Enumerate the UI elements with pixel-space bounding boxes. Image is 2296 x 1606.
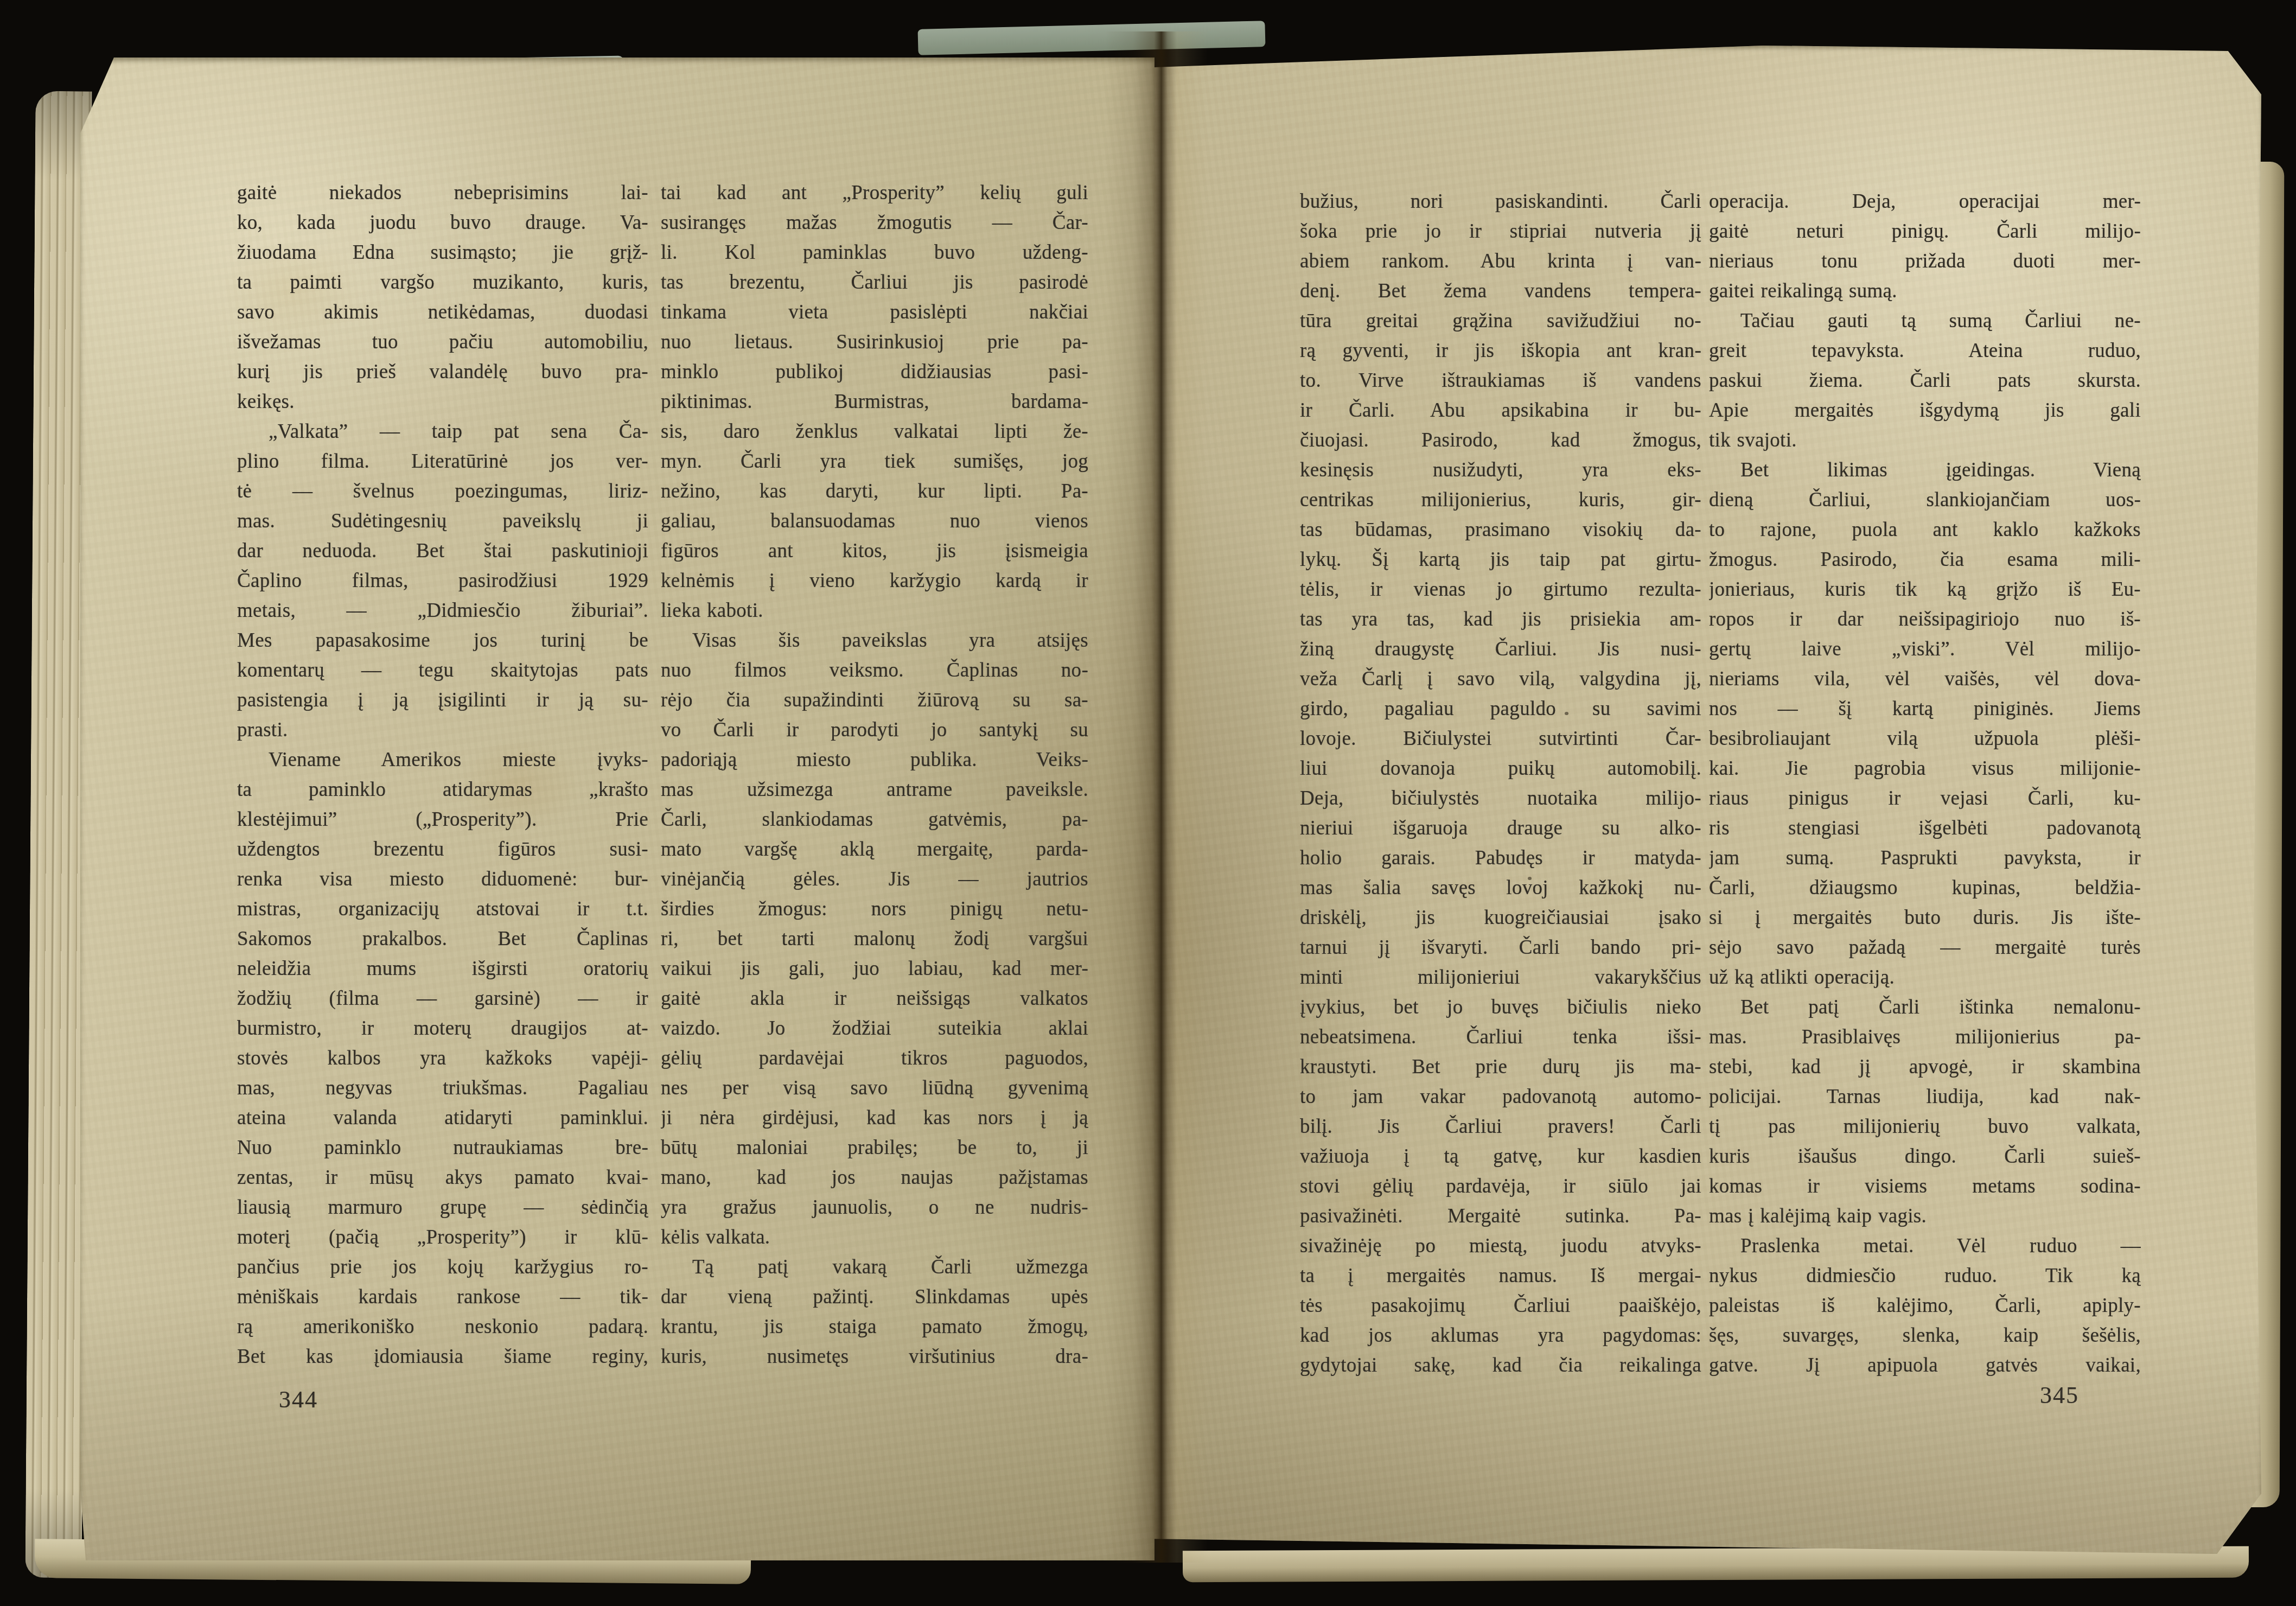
text-line: kesinęsis nusižudyti, yra eks-: [1300, 455, 1701, 485]
text-line: lieka kaboti.: [661, 596, 1088, 626]
text-line: moterį (pačią „Prosperity”) ir klū-: [237, 1222, 648, 1252]
text-line: nes per visą savo liūdną gyvenimą: [661, 1073, 1088, 1103]
text-line: ris stengiasi išgelbėti padovanotą: [1709, 813, 2141, 843]
text-line: galiau, balansuodamas nuo vienos: [661, 506, 1088, 536]
text-line: ji nėra girdėjusi, kad kas nors į ją: [661, 1103, 1088, 1133]
text-line: neleidžia mums išgirsti oratorių: [237, 954, 648, 984]
text-line: stebi, kad jį apvogė, ir skambina: [1709, 1052, 2141, 1082]
text-line: kelnėmis į vieno karžygio kardą ir: [661, 566, 1088, 596]
text-line: kuris, nusimetęs viršutinius dra-: [661, 1342, 1088, 1372]
text-line: Čarli, slankiodamas gatvėmis, pa-: [661, 805, 1088, 834]
text-line: nebeatsimena. Čarliui tenka išsi-: [1300, 1022, 1701, 1052]
text-line: Apie mergaitės išgydymą jis gali: [1709, 396, 2141, 425]
text-line: Sakomos prakalbos. Bet Čaplinas: [237, 924, 648, 954]
text-line: tį pas milijonierių buvo valkata,: [1709, 1112, 2141, 1142]
text-line: to jam vakar padovanotą automo-: [1300, 1082, 1701, 1112]
text-line: gaitė neturi pinigų. Čarli milijo-: [1709, 216, 2141, 246]
text-line: mano, kad jos naujas pažįstamas: [661, 1163, 1088, 1193]
text-line: kurį jis prieš valandėlę buvo pra-: [237, 357, 648, 387]
text-line: vinėjančią gėles. Jis — jautrios: [661, 864, 1088, 894]
text-line: tai kad ant „Prosperity” kelių guli: [661, 178, 1088, 208]
left-page-number: 344: [279, 1386, 318, 1413]
text-line: tas yra tas, kad jis prisiekia am-: [1300, 604, 1701, 634]
text-line: komentarų — tegu skaitytojas pats: [237, 655, 648, 685]
text-line: kėlis valkata.: [661, 1222, 1088, 1252]
text-line: ropos ir dar neišsipagiriojo nuo iš-: [1709, 604, 2141, 634]
text-line: Nuo paminklo nutraukiamas bre-: [237, 1133, 648, 1163]
text-line: besibroliaujant vilą užpuola plėši-: [1709, 724, 2141, 754]
text-line: savo akimis netikėdamas, duodasi: [237, 297, 648, 327]
text-line: prasti.: [237, 715, 648, 745]
text-line: Bet likimas įgeidingas. Vieną: [1709, 455, 2141, 485]
text-line: dar vieną pažintį. Slinkdamas upės: [661, 1282, 1088, 1312]
text-line: padoriąją miesto publika. Veiks-: [661, 745, 1088, 775]
text-line: gydytojai sakę, kad čia reikalinga: [1300, 1350, 1701, 1380]
text-line: ta į mergaitės namus. Iš mergai-: [1300, 1261, 1701, 1291]
text-line: jonieriaus, kuris tik ką grįžo iš Eu-: [1709, 575, 2141, 604]
text-line: bužius, nori pasiskandinti. Čarli: [1300, 187, 1701, 216]
text-line: li. Kol paminklas buvo uždeng-: [661, 238, 1088, 267]
text-line: burmistro, ir moterų draugijos at-: [237, 1014, 648, 1043]
text-line: ta paminklo atidarymas „krašto: [237, 775, 648, 805]
text-line: lykų. Šį kartą jis taip pat girtu-: [1300, 545, 1701, 575]
text-line: mato vargšę aklą mergaitę, parda-: [661, 834, 1088, 864]
text-line: keikęs.: [237, 387, 648, 417]
text-line: gertų laive „viski”. Vėl milijo-: [1709, 634, 2141, 664]
text-line: už ką atlikti operaciją.: [1709, 963, 2141, 992]
text-line: pasistengia į ją įsigilinti ir ją su-: [237, 685, 648, 715]
text-line: širdies žmogus: nors pinigų netu-: [661, 894, 1088, 924]
text-line: krantu, jis staiga pamato žmogų,: [661, 1312, 1088, 1342]
text-line: žmogus. Pasirodo, čia esama mili-: [1709, 545, 2141, 575]
text-line: nežino, kas daryti, kur lipti. Pa-: [661, 476, 1088, 506]
text-line: stovės kalbos yra kažkoks vapėji-: [237, 1043, 648, 1073]
text-line: denį. Bet žema vandens tempera-: [1300, 276, 1701, 306]
text-line: operacija. Deja, operacijai mer-: [1709, 187, 2141, 216]
text-line: holio garais. Pabudęs ir matyda-: [1300, 843, 1701, 873]
text-line: Deja, bičiulystės nuotaika milijo-: [1300, 783, 1701, 813]
text-line: ri, bet tarti malonų žodį vargšui: [661, 924, 1088, 954]
text-line: ta paimti vargšo muzikanto, kuris,: [237, 267, 648, 297]
text-line: tėlis, ir vienas jo girtumo rezulta-: [1300, 575, 1701, 604]
text-line: rą gyventi, ir jis iškopia ant kran-: [1300, 336, 1701, 366]
text-line: si į mergaitės buto duris. Jis ište-: [1709, 903, 2141, 933]
text-line: mistras, organizacijų atstovai ir t.t.: [237, 894, 648, 924]
text-line: girdo, pagaliau paguldo su savimi: [1300, 694, 1701, 724]
text-line: uždengtos brezentu figūros susi-: [237, 834, 648, 864]
text-line: pančius prie jos kojų karžygius ro-: [237, 1252, 648, 1282]
text-line: minti milijonieriui vakarykščius: [1300, 963, 1701, 992]
text-line: mas užsimezga antrame paveiksle.: [661, 775, 1088, 805]
text-line: ko, kada juodu buvo drauge. Va-: [237, 208, 648, 238]
text-line: myn. Čarli yra tiek sumišęs, jog: [661, 447, 1088, 476]
text-line: bilį. Jis Čarliui pravers! Čarli: [1300, 1112, 1701, 1142]
text-line: „Valkata” — taip pat sena Ča-: [237, 417, 648, 447]
text-line: vaizdo. Jo žodžiai suteikia aklai: [661, 1014, 1088, 1043]
text-line: tinkama vieta pasislėpti nakčiai: [661, 297, 1088, 327]
text-line: to. Virve ištraukiamas iš vandens: [1300, 366, 1701, 396]
text-line: to rajone, puola ant kaklo kažkoks: [1709, 515, 2141, 545]
text-line: vo Čarli ir parodyti jo santykį su: [661, 715, 1088, 745]
text-line: tas brezentu, Čarliui jis pasirodė: [661, 267, 1088, 297]
text-line: paskui žiema. Čarli pats skursta.: [1709, 366, 2141, 396]
text-line: žodžių (filma — garsinė) — ir: [237, 984, 648, 1014]
text-line: liui dovanoja puikų automobilį.: [1300, 754, 1701, 783]
text-line: Tačiau gauti tą sumą Čarliui ne-: [1709, 306, 2141, 336]
right-page-number: 345: [2040, 1381, 2079, 1409]
text-line: šoka prie jo ir stipriai nutveria jį: [1300, 216, 1701, 246]
text-line: nos — šį kartą piniginės. Jiems: [1709, 694, 2141, 724]
text-line: mas į kalėjimą kaip vagis.: [1709, 1201, 2141, 1231]
text-line: mas. Prasiblaivęs milijonierius pa-: [1709, 1022, 2141, 1052]
text-line: figūros ant kitos, jis įsismeigia: [661, 536, 1088, 566]
text-line: nieriaus tonu prižada duoti mer-: [1709, 246, 2141, 276]
text-line: riaus pinigus ir vejasi Čarli, ku-: [1709, 783, 2141, 813]
text-line: klestėjimui” („Prosperity”). Prie: [237, 805, 648, 834]
text-line: liausią marmuro grupę — sėdinčią: [237, 1193, 648, 1222]
text-line: dar neduoda. Bet štai paskutinioji: [237, 536, 648, 566]
text-line: driskėlį, jis kuogreičiausiai įsako: [1300, 903, 1701, 933]
text-line: tarnui jį išvaryti. Čarli bando pri-: [1300, 933, 1701, 963]
text-line: kraustyti. Bet prie durų jis ma-: [1300, 1052, 1701, 1082]
text-line: nieriams vila, vėl vaišės, vėl dova-: [1709, 664, 2141, 694]
text-line: nykus didmiesčio ruduo. Tik ką: [1709, 1261, 2141, 1291]
text-line: važiuoja į tą gatvę, kur kasdien: [1300, 1142, 1701, 1171]
text-line: gaitė niekados nebeprisimins lai-: [237, 178, 648, 208]
text-line: nuo lietaus. Susirinkusioj prie pa-: [661, 327, 1088, 357]
text-line: sivažinėję po miestą, juodu atvyks-: [1300, 1231, 1701, 1261]
text-line: mas, negyvas triukšmas. Pagaliau: [237, 1073, 648, 1103]
cover-edge-center: [918, 21, 1266, 55]
text-line: sis, daro ženklus valkatai lipti že-: [661, 417, 1088, 447]
text-line: jam sumą. Pasprukti pavyksta, ir: [1709, 843, 2141, 873]
text-line: pasivažinėti. Mergaitė sutinka. Pa-: [1300, 1201, 1701, 1231]
text-line: kad jos aklumas yra pagydomas:: [1300, 1321, 1701, 1350]
text-line: Viename Amerikos mieste įvyks-: [237, 745, 648, 775]
text-line: susirangęs mažas žmogutis — Čar-: [661, 208, 1088, 238]
text-line: kuris išaušus dingo. Čarli suieš-: [1709, 1142, 2141, 1171]
text-line: žiuodama Edna susimąsto; jie grįž-: [237, 238, 648, 267]
right-page: bužius, nori pasiskandinti. Čarlišoka pr…: [1155, 46, 2261, 1554]
text-line: žiną draugystę Čarliui. Jis nusi-: [1300, 634, 1701, 664]
text-line: Praslenka metai. Vėl ruduo —: [1709, 1231, 2141, 1261]
text-line: gatve. Jį apipuola gatvės vaikai,: [1709, 1350, 2141, 1380]
text-line: lovoje. Bičiulystei sutvirtinti Čar-: [1300, 724, 1701, 754]
text-line: šęs, suvargęs, slenka, kaip šešėlis,: [1709, 1321, 2141, 1350]
text-line: Čarli, džiaugsmo kupinas, beldžia-: [1709, 873, 2141, 903]
text-line: tūra greitai grąžina savižudžiui no-: [1300, 306, 1701, 336]
text-line: gaitė akla ir neišsigąs valkatos: [661, 984, 1088, 1014]
text-line: dieną Čarliui, slankiojančiam uos-: [1709, 485, 2141, 515]
text-line: Bet patį Čarli ištinka nemalonu-: [1709, 992, 2141, 1022]
text-line: gaitei reikalingą sumą.: [1709, 276, 2141, 306]
text-column-2: tai kad ant „Prosperity” kelių gulisusir…: [661, 178, 1088, 1372]
text-line: piktinimas. Burmistras, bardama-: [661, 387, 1088, 417]
text-line: rėjo čia supažindinti žiūrovą su sa-: [661, 685, 1088, 715]
text-line: ir Čarli. Abu apsikabina ir bu-: [1300, 396, 1701, 425]
text-line: yra gražus jaunuolis, o ne nudris-: [661, 1193, 1088, 1222]
text-line: zentas, ir mūsų akys pamato kvai-: [237, 1163, 648, 1193]
text-line: komas ir visiems metams sodina-: [1709, 1171, 2141, 1201]
text-column-3: bužius, nori pasiskandinti. Čarlišoka pr…: [1300, 187, 1701, 1380]
text-line: įvykius, bet jo buvęs bičiulis nieko: [1300, 992, 1701, 1022]
book-spread: gaitė niekados nebeprisimins lai-ko, kad…: [0, 0, 2296, 1606]
text-line: būtų maloniai prabilęs; be to, ji: [661, 1133, 1088, 1163]
text-line: Visas šis paveikslas yra atsijęs: [661, 626, 1088, 655]
text-line: Mes papasakosime jos turinį be: [237, 626, 648, 655]
text-line: sėjo savo pažadą — mergaitė turės: [1709, 933, 2141, 963]
text-line: minklo publikoj didžiausias pasi-: [661, 357, 1088, 387]
text-line: greit tepavyksta. Ateina ruduo,: [1709, 336, 2141, 366]
text-line: nieriui išgaruoja drauge su alko-: [1300, 813, 1701, 843]
text-line: policijai. Tarnas liudija, kad nak-: [1709, 1082, 2141, 1112]
text-line: ateina valanda atidaryti paminklui.: [237, 1103, 648, 1133]
text-line: stovi gėlių pardavėja, ir siūlo jai: [1300, 1171, 1701, 1201]
left-page: gaitė niekados nebeprisimins lai-ko, kad…: [80, 58, 1155, 1560]
text-line: tik svajoti.: [1709, 425, 2141, 455]
text-line: renka visa miesto diduomenė: bur-: [237, 864, 648, 894]
text-line: išvežamas tuo pačiu automobiliu,: [237, 327, 648, 357]
text-line: tės pasakojimų Čarliui paaiškėjo,: [1300, 1291, 1701, 1321]
text-line: vaikui jis gali, juo labiau, kad mer-: [661, 954, 1088, 984]
text-line: tė — švelnus poezingumas, liriz-: [237, 476, 648, 506]
text-line: veža Čarlį į savo vilą, valgydina jį,: [1300, 664, 1701, 694]
text-line: mas. Sudėtingesnių paveikslų ji: [237, 506, 648, 536]
text-line: rą amerikoniško neskonio padarą.: [237, 1312, 648, 1342]
text-column-1: gaitė niekados nebeprisimins lai-ko, kad…: [237, 178, 648, 1372]
text-line: abiem rankom. Abu krinta į van-: [1300, 246, 1701, 276]
text-line: mėniškais kardais rankose — tik-: [237, 1282, 648, 1312]
text-line: plino filma. Literatūrinė jos ver-: [237, 447, 648, 476]
text-line: mas šalia savęs lovoj kažkokį nu-: [1300, 873, 1701, 903]
text-line: Bet kas įdomiausia šiame reginy,: [237, 1342, 648, 1372]
text-line: gėlių pardavėjai tikros paguodos,: [661, 1043, 1088, 1073]
text-line: čiuojasi. Pasirodo, kad žmogus,: [1300, 425, 1701, 455]
text-line: nuo filmos veiksmo. Čaplinas no-: [661, 655, 1088, 685]
text-line: metais, — „Didmiesčio žiburiai”.: [237, 596, 648, 626]
text-line: centrikas milijonierius, kuris, gir-: [1300, 485, 1701, 515]
text-line: Tą patį vakarą Čarli užmezga: [661, 1252, 1088, 1282]
text-line: Čaplino filmas, pasirodžiusi 1929: [237, 566, 648, 596]
text-line: kai. Jie pagrobia visus milijonie-: [1709, 754, 2141, 783]
text-column-4: operacija. Deja, operacijai mer-gaitė ne…: [1709, 187, 2141, 1380]
text-line: tas būdamas, prasimano visokių da-: [1300, 515, 1701, 545]
text-line: paleistas iš kalėjimo, Čarli, apiply-: [1709, 1291, 2141, 1321]
